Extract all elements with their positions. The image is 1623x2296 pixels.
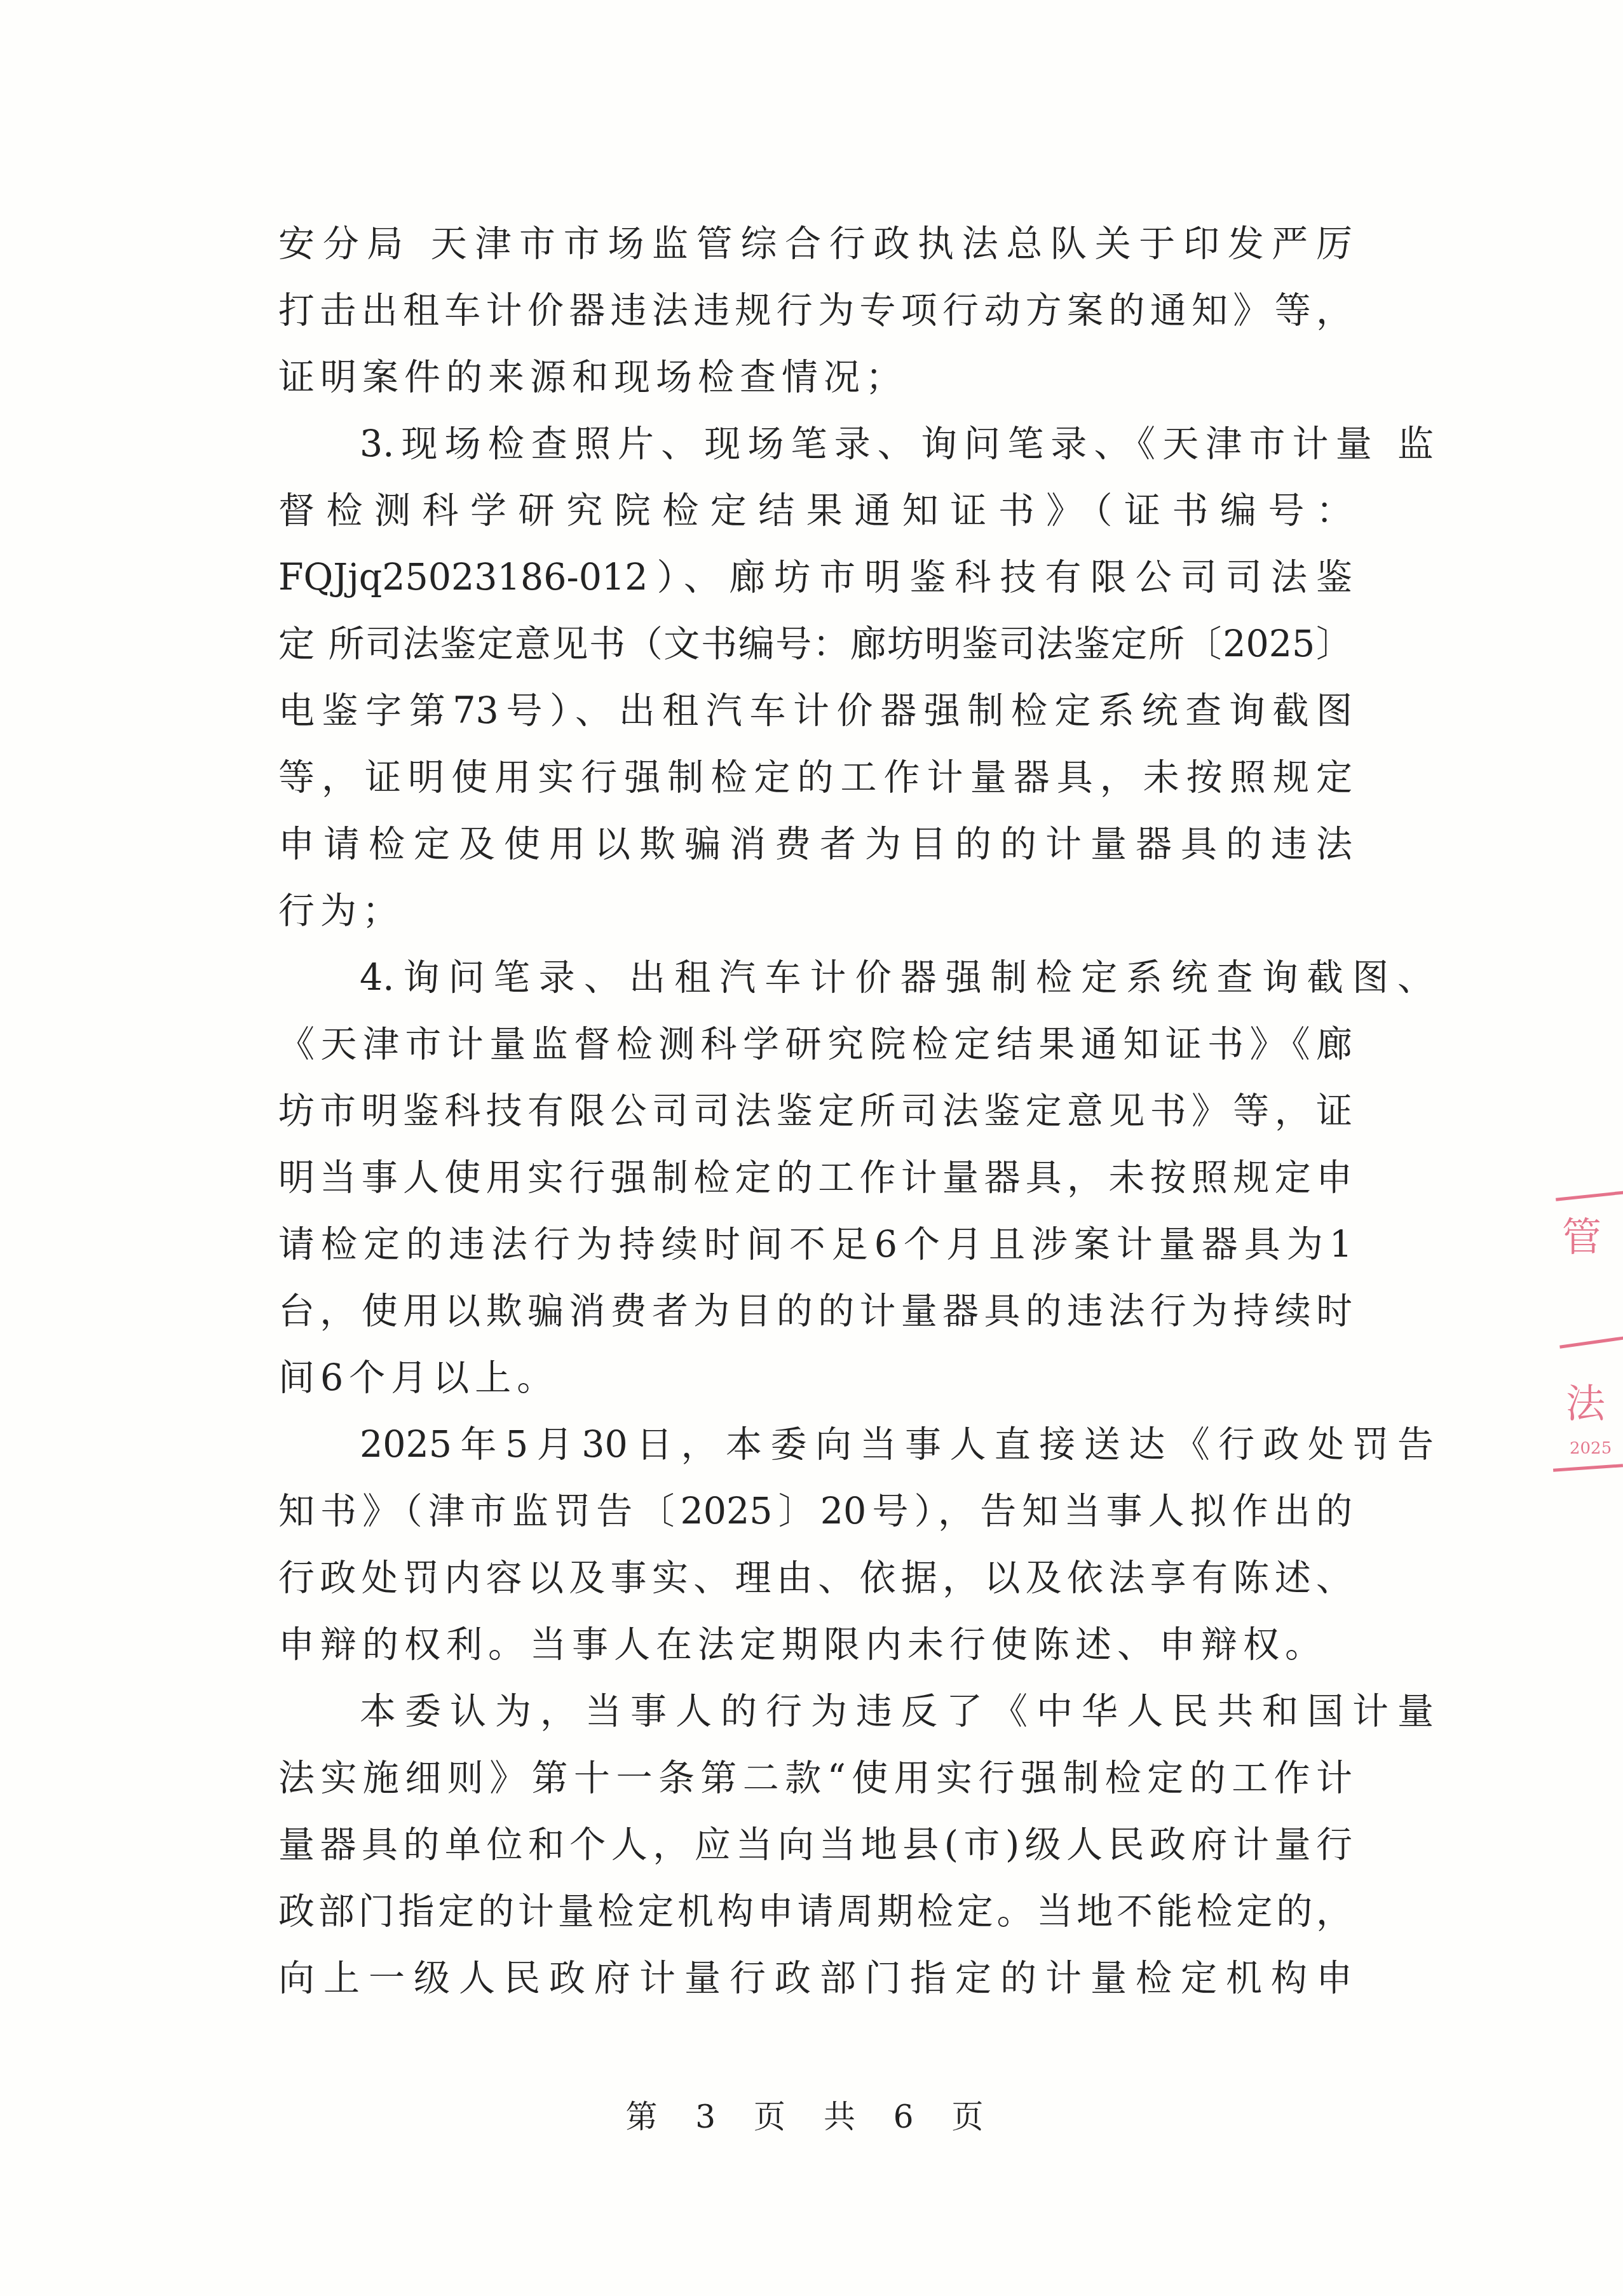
current-page-number: 3: [695, 2098, 730, 2135]
text-line: 台，使用以欺骗消费者为目的的计量器具的违法行为持续时: [278, 1278, 1352, 1345]
text-line-paragraph-notice: 2025年5月30日，本委向当事人直接送达《行政处罚告: [278, 1412, 1434, 1478]
seal-stamp-fragment: 管 法 2025: [1551, 1182, 1623, 1474]
stamp-char: 管: [1562, 1206, 1601, 1262]
footer-prefix: 第: [625, 2091, 671, 2137]
text-line-item-3: 3.现场检查照片、现场笔录、询问笔录、《天津市计量 监: [278, 411, 1434, 478]
text-line: 定 所司法鉴定意见书（文书编号：廊坊明鉴司法鉴定所〔2025〕: [278, 611, 1352, 678]
stamp-arc-middle: [1559, 1335, 1623, 1348]
stamp-year: 2025: [1570, 1439, 1612, 1458]
footer-middle: 页 共: [754, 2091, 869, 2137]
text-line: 打击出租车计价器违法违规行为专项行动方案的通知》等，: [278, 278, 1352, 344]
text-line: 等，证明使用实行强制检定的工作计量器具，未按照规定: [278, 745, 1352, 811]
text-line: 督检测科学研究院检定结果通知证书》（证书编号：: [278, 478, 1352, 544]
stamp-arc-top: [1556, 1191, 1623, 1201]
text-line: 明当事人使用实行强制检定的工作计量器具，未按照规定申: [278, 1145, 1352, 1212]
text-line: 申请检定及使用以欺骗消费者为目的的计量器具的违法: [278, 811, 1352, 878]
text-line-item-4: 4.询问笔录、出租汽车计价器强制检定系统查询截图、: [278, 945, 1434, 1011]
text-line: 申辩的权利。当事人在法定期限内未行使陈述、申辩权。: [278, 1612, 1359, 1678]
total-pages-number: 6: [893, 2098, 928, 2135]
text-line: 安分局 天津市市场监管综合行政执法总队关于印发严厉: [278, 211, 1352, 278]
stamp-char: 法: [1566, 1372, 1605, 1429]
text-line: 量器具的单位和个人，应当向当地县(市)级人民政府计量行: [278, 1812, 1352, 1879]
text-line: 行为；: [278, 878, 1359, 945]
document-body: 安分局 天津市市场监管综合行政执法总队关于印发严厉 打击出租车计价器违法违规行为…: [278, 211, 1359, 2012]
text-line: 电鉴字第73号）、出租汽车计价器强制检定系统查询截图: [278, 678, 1352, 745]
footer-suffix: 页: [952, 2091, 998, 2137]
text-line: 政部门指定的计量检定机构申请周期检定。当地不能检定的，: [278, 1879, 1352, 1945]
text-line: 知书》（津市监罚告〔2025〕20号），告知当事人拟作出的: [278, 1478, 1352, 1545]
text-line: 坊市明鉴科技有限公司司法鉴定所司法鉴定意见书》等，证: [278, 1078, 1352, 1145]
page-number-footer: 第 3 页 共 6 页: [0, 2091, 1623, 2137]
text-line: FQJjq25023186-012）、廊坊市明鉴科技有限公司司法鉴: [278, 544, 1352, 611]
stamp-arc-bottom: [1553, 1464, 1623, 1472]
text-line: 间6个月以上。: [278, 1345, 1359, 1412]
text-line-paragraph-ruling: 本委认为，当事人的行为违反了《中华人民共和国计量: [278, 1678, 1434, 1745]
text-line: 证明案件的来源和现场检查情况；: [278, 344, 1359, 411]
text-line: 行政处罚内容以及事实、理由、依据，以及依法享有陈述、: [278, 1545, 1352, 1612]
document-page: 安分局 天津市市场监管综合行政执法总队关于印发严厉 打击出租车计价器违法违规行为…: [0, 0, 1623, 2296]
text-line: 向上一级人民政府计量行政部门指定的计量检定机构申: [278, 1945, 1352, 2012]
text-line: 请检定的违法行为持续时间不足6个月且涉案计量器具为1: [278, 1212, 1352, 1278]
text-line: 《天津市计量监督检测科学研究院检定结果通知证书》《廊: [278, 1011, 1352, 1078]
text-line: 法实施细则》第十一条第二款“使用实行强制检定的工作计: [278, 1745, 1352, 1812]
